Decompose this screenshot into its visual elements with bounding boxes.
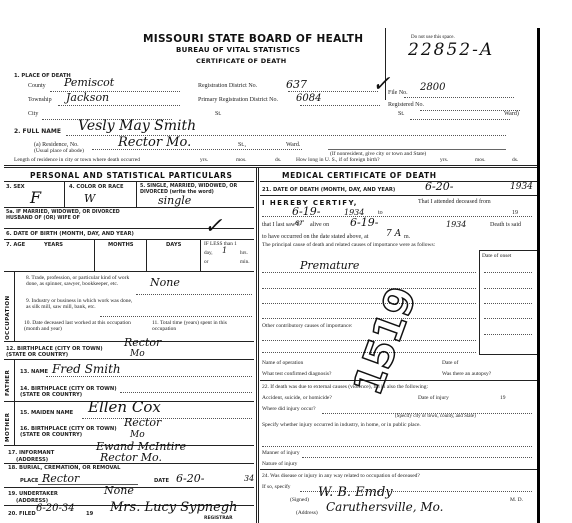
father-birthplace-label: 14. BIRTHPLACE (CITY OR TOWN) (STATE OR …	[20, 386, 130, 398]
residence-value: Rector Mo.	[118, 135, 191, 150]
burial-date-value: 6-20-	[176, 472, 204, 485]
accident-label: Accident, suicide, or homicide?	[262, 395, 332, 401]
trade-value: None	[150, 276, 180, 289]
certificate-number: 22852-A	[408, 40, 494, 60]
filed-date-value: 6-20-34	[36, 503, 75, 514]
where-injury-label: Where did injury occur?	[262, 406, 316, 412]
foreign-ds: ds.	[512, 157, 518, 163]
personal-section-title: PERSONAL AND STATISTICAL PARTICULARS	[30, 171, 233, 180]
alive-on-value: 6-19-	[350, 216, 378, 229]
marital-value: single	[158, 194, 191, 207]
sex-label: 3. SEX	[6, 184, 25, 190]
birthplace-label: 12. BIRTHPLACE (CITY OR TOWN) (STATE OR …	[6, 346, 106, 358]
maiden-name-label: 15. MAIDEN NAME	[20, 410, 73, 416]
operation-label: Name of operation	[262, 360, 303, 366]
confirmed-diagnosis-label: What test confirmed diagnosis?	[262, 371, 332, 377]
md-label: M. D.	[510, 497, 523, 503]
if-so-label: If so, specify	[262, 484, 291, 490]
death-said-label: Death is said	[490, 222, 521, 228]
st-label-city: St.	[215, 111, 222, 117]
column-divider	[256, 167, 257, 523]
full-name-label: 2. FULL NAME	[14, 128, 61, 135]
autopsy-label: Was there an autopsy?	[442, 371, 491, 377]
township-value: Jackson	[66, 91, 109, 104]
date-injury-suffix: 19	[500, 395, 506, 401]
primary-registration-value: 6084	[296, 93, 321, 104]
informant-label: 17. INFORMANT	[8, 450, 54, 456]
registration-district-label: Registration District No.	[198, 83, 257, 89]
day-label: day,	[204, 250, 213, 256]
checkmark-icon: ✓	[204, 214, 222, 239]
occurred-label: to have occurred on the date stated abov…	[262, 234, 368, 240]
sex-value: F	[30, 188, 41, 207]
length-ds: ds.	[275, 157, 281, 163]
alive-year: 1934	[446, 220, 466, 229]
hrs-label: hrs.	[240, 250, 248, 256]
date-of-death-year: 1934	[510, 182, 533, 192]
birthplace-city: Rector	[124, 336, 161, 349]
checkmark-icon: ✓	[372, 72, 390, 97]
physician-address: Caruthersville, Mo.	[326, 500, 444, 514]
place-of-death-label: 1. PLACE OF DEATH	[14, 73, 71, 79]
date-of-death-value: 6-20-	[425, 180, 453, 193]
or-label: or	[204, 259, 208, 265]
spouse-label: 5a. IF MARRIED, WIDOWED, OR DIVORCED HUS…	[6, 210, 126, 222]
months-label: MONTHS	[108, 242, 134, 248]
address-label: (Address)	[296, 510, 318, 516]
usual-place-note: (Usual place of abode)	[34, 148, 84, 154]
foreign-mos: mos.	[475, 157, 486, 163]
mother-birthplace-label: 16. BIRTHPLACE (CITY OR TOWN) (STATE OR …	[20, 426, 130, 438]
right-border	[537, 28, 540, 523]
burial-label: 18. BURIAL, CREMATION, OR REMOVAL	[8, 465, 120, 471]
color-label: 4. COLOR OR RACE	[69, 184, 124, 190]
occurred-time: 7 A	[386, 229, 401, 239]
undertaker-label: 19. UNDERTAKER	[8, 491, 58, 497]
father-name-label: 13. NAME	[20, 369, 48, 375]
years-label: YEARS	[44, 242, 63, 248]
occupation-side-label: OCCUPATION	[5, 276, 11, 340]
header-title: MISSOURI STATE BOARD OF HEALTH	[143, 33, 363, 45]
header-subtitle: BUREAU OF VITAL STATISTICS	[176, 46, 300, 54]
certify-text: That I attended deceased from	[418, 199, 491, 205]
where-note: (Specify city or town, county, and State…	[395, 414, 476, 419]
total-time-label: 11. Total time (years) spent in this occ…	[152, 320, 228, 332]
day-value: 1	[222, 246, 227, 255]
form-name: CERTIFICATE OF DEATH	[196, 57, 287, 65]
mother-side-label: MOTHER	[5, 404, 11, 442]
principal-cause-value: Premature	[300, 259, 359, 272]
date-last-worked-label: 10. Date deceased last worked at this oc…	[24, 320, 134, 332]
birthplace-state: Mo	[130, 349, 145, 359]
if-less-label: IF LESS than 1	[204, 241, 237, 247]
registrar-signature: Mrs. Lucy Sypnegh	[110, 500, 238, 515]
min-label: min.	[240, 259, 250, 265]
how-long-label: How long in U. S., if of foreign birth?	[296, 157, 380, 163]
other-contributory-label: Other contributory causes of importance:	[262, 323, 352, 329]
length-yrs: yrs.	[200, 157, 208, 163]
medical-section-title: MEDICAL CERTIFICATE OF DEATH	[282, 171, 437, 180]
father-side-label: FATHER	[5, 362, 11, 396]
maiden-name-value: Ellen Cox	[88, 398, 161, 416]
signed-label: (Signed)	[290, 497, 309, 503]
burial-place-label: PLACE	[20, 478, 38, 484]
attended-to-suffix: 19	[512, 210, 518, 216]
registration-district-value: 637	[286, 78, 307, 91]
date-injury-label: Date of injury	[418, 395, 449, 401]
st-label: St.	[398, 111, 405, 117]
city-label: City	[28, 111, 38, 117]
date-of-death-label: 21. DATE OF DEATH (MONTH, DAY, AND YEAR)	[262, 187, 395, 193]
specify-label: Specify whether injury occurred in indus…	[262, 422, 421, 428]
primary-registration-label: Primary Registration District No.	[198, 97, 278, 103]
days-label: DAYS	[166, 242, 181, 248]
nature-label: Nature of injury	[262, 461, 297, 467]
occurred-suffix: m.	[404, 234, 410, 240]
death-certificate: MISSOURI STATE BOARD OF HEALTH BUREAU OF…	[0, 0, 572, 523]
filed-19-label: 19	[86, 511, 93, 517]
county-value: Pemiscot	[64, 76, 114, 89]
mother-birthplace-state: Mo	[130, 430, 145, 440]
file-no-value: 2800	[420, 82, 445, 93]
dob-label: 6. DATE OF BIRTH (MONTH, DAY, AND YEAR)	[6, 231, 134, 237]
filed-label: 20. FILED	[8, 511, 36, 517]
father-name-value: Fred Smith	[52, 362, 121, 376]
color-value: W	[84, 192, 95, 205]
date-of-label: Date of	[442, 360, 458, 366]
undertaker-value: None	[104, 484, 134, 497]
registrar-label: REGISTRAR	[204, 516, 233, 521]
residence-st-label: St.,	[238, 142, 246, 148]
township-label: Township	[28, 97, 52, 103]
foreign-yrs: yrs.	[440, 157, 448, 163]
industry-label: 9. Industry or business in which work wa…	[26, 298, 136, 310]
burial-year-value: 34	[244, 474, 254, 483]
manner-label: Manner of injury	[262, 450, 300, 456]
attended-to-label: to	[378, 210, 383, 216]
mother-birthplace-city: Rector	[124, 416, 161, 429]
length-mos: mos.	[236, 157, 247, 163]
age-label: 7. AGE	[6, 242, 25, 248]
file-no-label: File No.	[388, 90, 408, 96]
residence-ward-label: Ward.	[286, 142, 300, 148]
last-saw-her: er	[295, 218, 304, 227]
burial-date-label: DATE	[154, 478, 169, 484]
trade-label: 8. Trade, profession, or particular kind…	[26, 275, 136, 287]
date-of-onset-label: Date of onset	[482, 253, 511, 259]
principal-cause-label: The principal cause of death and related…	[262, 242, 435, 248]
occupation-related-label: 24. Was disease or injury in any way rel…	[262, 473, 420, 479]
registered-no-label: Registered No.	[388, 102, 424, 108]
county-label: County	[28, 83, 46, 89]
full-name-value: Vesly May Smith	[78, 118, 196, 134]
alive-on-label: alive on	[310, 222, 329, 228]
length-residence-label: Length of residence in city or town wher…	[14, 157, 140, 163]
physician-signature: W. B. Emdy	[318, 485, 393, 500]
ward-label: Ward)	[504, 111, 519, 117]
